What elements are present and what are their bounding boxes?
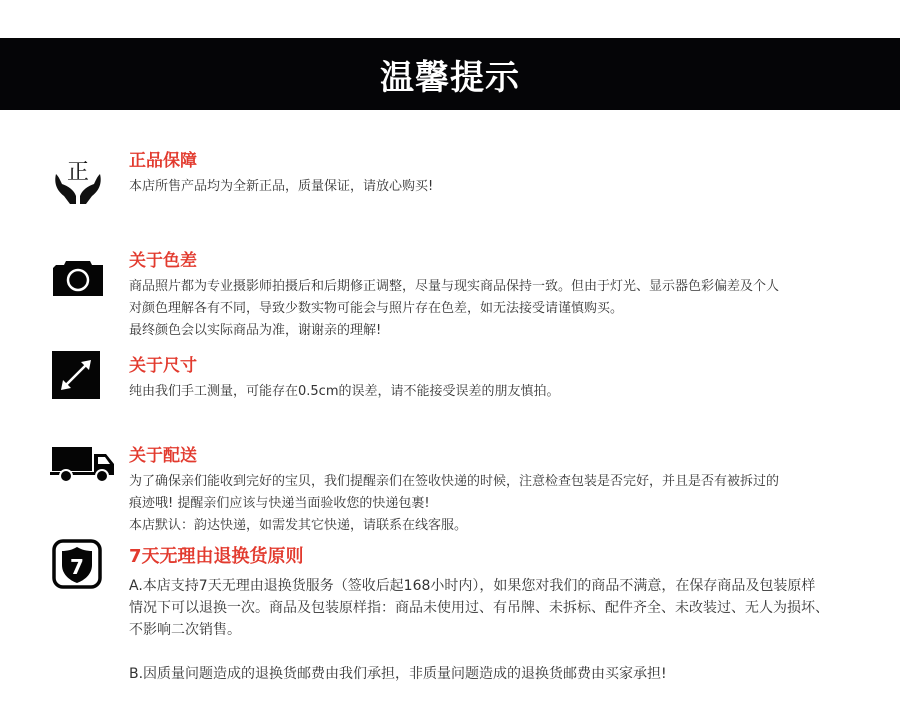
banner-title: 温馨提示 [380,50,520,99]
section-note: B.因质量问题造成的退换货邮费由我们承担，非质量问题造成的退换货邮费由买家承担! [129,663,876,685]
section-text-line: 痕迹哦! 提醒亲们应该与快递当面验收您的快递包裹! [129,493,876,515]
svg-text:正: 正 [67,160,89,185]
section-title: 7天无理由退换货原则 [129,545,876,569]
section-text-line: 对颜色理解各有不同，导致少数实物可能会与照片存在色差，如无法接受请谨慎购买。 [129,298,876,320]
seven-day-shield-icon: 7 [52,539,102,589]
camera-icon [50,258,106,298]
section-text: 纯由我们手工测量，可能存在0.5cm的误差，请不能接受误差的朋友慎拍。 [129,381,876,403]
section-text-line: 最终颜色会以实际商品为准，谢谢亲的理解! [129,320,876,342]
section-text-line: 为了确保亲们能收到完好的宝贝，我们提醒亲们在签收快递的时候，注意检查包装是否完好… [129,471,876,493]
resize-arrow-icon [52,351,100,399]
header-banner: 温馨提示 [0,38,900,110]
section-text-line: 情况下可以退换一次。商品及包装原样指：商品未使用过、有吊牌、未拆标、配件齐全、未… [129,597,876,619]
section-title: 关于配送 [129,445,876,467]
section-text-line: 本店默认：韵达快递，如需发其它快递，请联系在线客服。 [129,515,876,537]
truck-icon [50,445,116,483]
svg-text:7: 7 [70,555,84,579]
section-text: 本店所售产品均为全新正品，质量保证，请放心购买! [129,176,876,198]
section-title: 关于色差 [129,250,876,272]
section-title: 正品保障 [129,150,876,172]
hands-genuine-icon: 正 [50,152,106,210]
section-text-line: A.本店支持7天无理由退换货服务（签收后起168小时内），如果您对我们的商品不满… [129,575,876,597]
section-text-line: 商品照片都为专业摄影师拍摄后和后期修正调整，尽量与现实商品保持一致。但由于灯光、… [129,276,876,298]
section-text-line: 不影响二次销售。 [129,619,876,641]
section-title: 关于尺寸 [129,355,876,377]
